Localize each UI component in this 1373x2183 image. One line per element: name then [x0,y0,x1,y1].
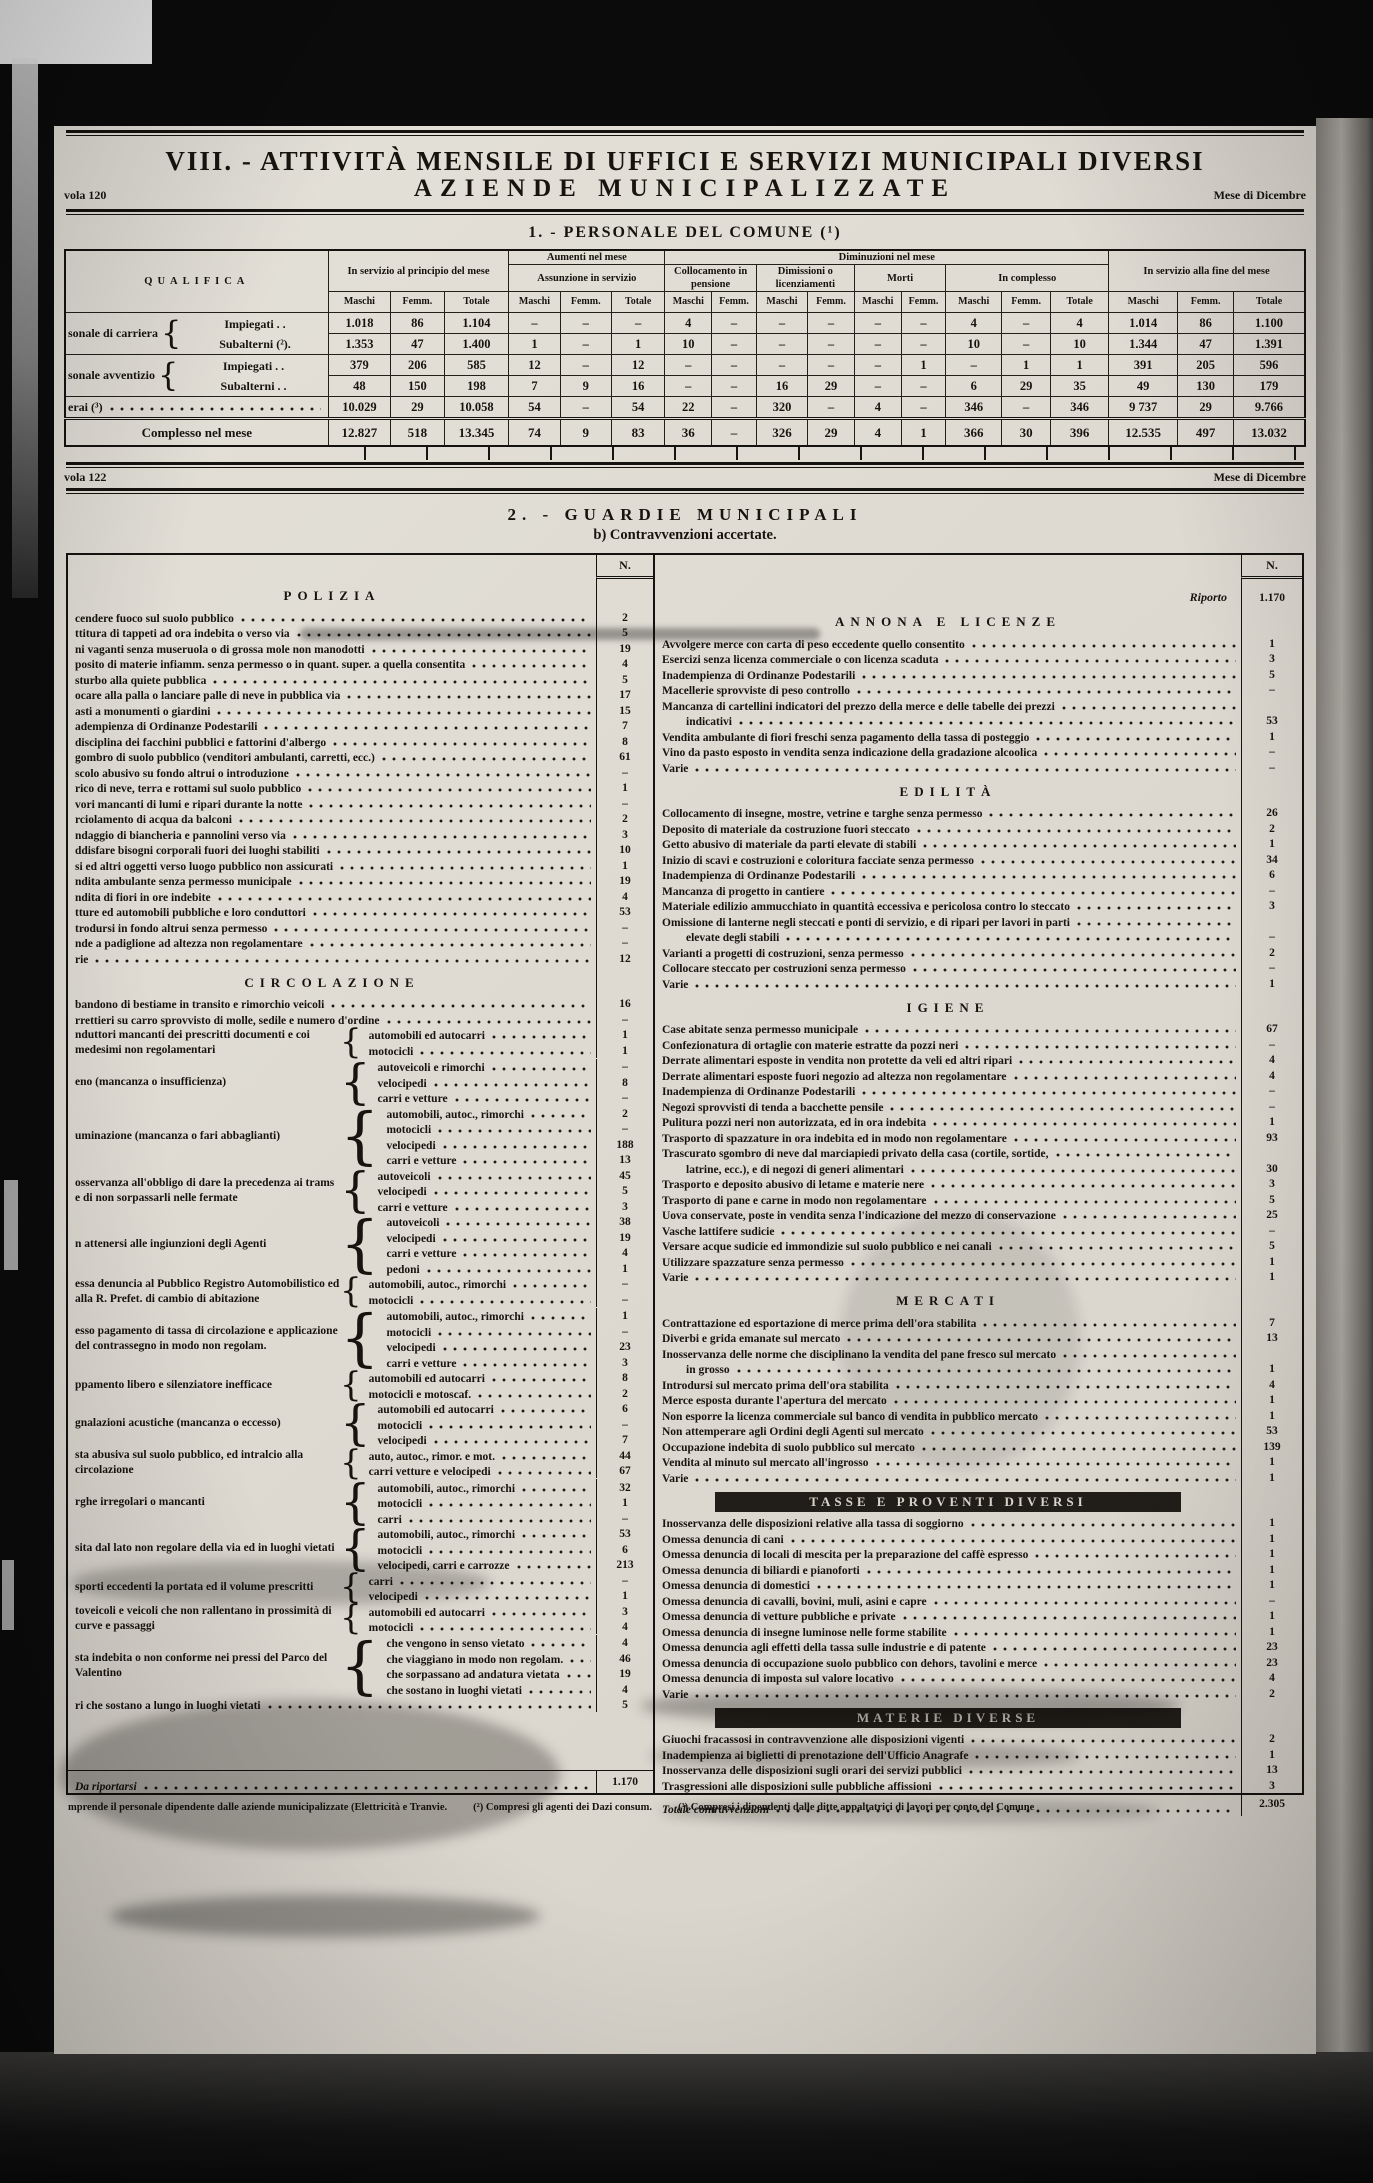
row-text: Collocare steccato per costruzioni senza… [655,963,1241,975]
row-text: Omissione di lanterne negli steccati e p… [655,917,1241,929]
row-text: trodursi in fondo altrui senza permesso [68,923,596,935]
contravvenzione-row: Trasporto di spazzature in ora indebita … [655,1129,1302,1145]
column-header: Totale [1233,292,1305,313]
row-text: Inosservanza delle norme che disciplinan… [655,1349,1241,1361]
dot-leader [890,1107,1236,1111]
row-count: 3 [1241,1777,1302,1793]
row-count: 23 [596,1339,653,1355]
contravvenzione-row: Utilizzare spazzature senza permesso1 [655,1253,1302,1269]
carry-total-label: Da riportarsi [75,1781,137,1793]
contravvenzione-row: carri e vetture– [371,1090,653,1106]
brace-glyph: { [158,361,178,390]
row-text: motocicli [371,1498,596,1510]
row-count [1241,697,1302,713]
cell-value: 36 [665,419,712,447]
row-count: 53 [1241,713,1302,729]
section-header: MATERIE DIVERSE [715,1708,1181,1728]
cell-value: 1 [509,334,560,355]
row-text: bandono di bestiame in transito e rimorc… [68,999,596,1011]
row-text: Inosservanza delle disposizioni sugli or… [655,1765,1241,1777]
contravvenzione-row: Macellerie sprovviste di peso controllo– [655,682,1302,698]
contravvenzione-row: Giuochi fracassosi in contravvenzione al… [655,1731,1302,1747]
dot-leader [241,618,591,622]
row-count: 3 [596,1354,653,1370]
section-1-title: 1. - PERSONALE DEL COMUNE (¹) [64,224,1306,242]
row-text: Diverbi e grida emanate sul mercato [655,1333,1241,1345]
contravvenzione-group: n attenersi alle ingiunzioni degli Agent… [68,1214,653,1276]
contravvenzione-row: Case abitate senza permesso municipale67 [655,1021,1302,1037]
cell-value: – [854,355,901,376]
section-header-row: MERCATI [655,1284,1302,1314]
dot-leader [695,984,1236,988]
row-text: Inosservanza delle disposizioni relative… [655,1518,1241,1530]
cell-value: 596 [1233,355,1305,376]
dot-leader [501,1409,591,1413]
contravvenzione-row: motocicli– [371,1416,653,1432]
scan-left-light-leak [12,58,38,598]
row-label: che sostano in luoghi vietati [386,1685,521,1697]
dot-leader [239,819,591,823]
dot-leader [429,1503,591,1507]
dot-leader [999,1246,1236,1250]
column-header: Diminuzioni nel mese [665,250,1109,265]
column-header: Femm. [808,292,855,313]
contravvenzione-row: Inosservanza delle disposizioni relative… [655,1515,1302,1531]
dot-leader [478,1394,591,1398]
qualifica-cell: erai (³) [65,397,328,419]
row-text: motocicli [379,1327,596,1339]
column-header: In complesso [946,265,1109,292]
row-label: scolo abusivo su fondo altrui o introduz… [75,768,289,780]
dot-leader [327,850,591,854]
row-text: autoveicoli [379,1217,596,1229]
column-header: In servizio alla fine del mese [1109,250,1305,292]
row-text: Giuochi fracassosi in contravvenzione al… [655,1734,1241,1746]
row-count: 19 [596,1666,653,1682]
cell-value: 16 [611,376,665,397]
row-label: Confezionatura di ortaglie con materie e… [662,1040,958,1052]
dot-leader [443,1145,591,1149]
dot-leader [382,757,591,761]
table-column-ticks [304,447,1304,460]
row-count: – [1241,960,1302,976]
group-rows: carri–velocipedi1 [362,1572,653,1603]
cell-value: 54 [611,397,665,419]
contravvenzione-row: disciplina dei facchini pubblici e fatto… [68,733,653,749]
cell-value: 1.104 [444,313,509,334]
cell-value: 10 [665,334,712,355]
dot-leader [310,943,591,947]
row-text: motocicli [379,1124,596,1136]
row-text: latrine, ecc.), e di negozi di generi al… [655,1164,1241,1176]
contravvenzione-row: Vino da pasto esposto in vendita senza i… [655,744,1302,760]
row-count: 26 [1241,805,1302,821]
count-column-header: N. [596,555,653,579]
dot-leader [443,1238,591,1242]
row-text: Inadempienza ai biglietti di prenotazion… [655,1750,1241,1762]
contravvenzione-row: posito di materie infiamm. senza permess… [68,656,653,672]
dot-leader [903,1616,1236,1620]
row-label: gombro di suolo pubblico (venditori ambu… [75,752,375,764]
dot-leader [347,695,591,699]
row-text: vori mancanti di lumi e ripari durante l… [68,799,596,811]
row-label: carri [369,1576,393,1588]
contravvenzione-row: si ed altri oggetti verso luogo pubblico… [68,857,653,873]
cell-value: 47 [391,334,445,355]
cell-value: 326 [756,419,807,447]
dot-leader [443,1347,591,1351]
cell-value: – [1002,313,1051,334]
row-label: Mancanza di cartellini indicatori del pr… [662,701,1055,713]
brace-glyph: { [340,1028,362,1057]
contravvenzione-row: carri– [362,1572,653,1588]
row-label: motocicli [386,1327,431,1339]
riporto-row: Riporto1.170 [655,579,1302,605]
row-count: 1 [596,1588,653,1604]
row-label: velocipedi [386,1342,435,1354]
row-count: 2 [596,1385,653,1401]
spacer [1241,1485,1302,1515]
dot-leader [1044,752,1236,756]
row-text: Varie [655,763,1241,775]
row-count: 1 [1241,1608,1302,1624]
group-label: gnalazioni acustiche (mancanza o eccesso… [68,1415,340,1432]
month-label-2: Mese di Dicembre [1156,470,1306,485]
row-text: automobili, autoc., rimorchi [371,1483,596,1495]
row-label: velocipedi [378,1078,427,1090]
row-count: 38 [596,1214,653,1230]
subtitle-line: vola 120 AZIENDE MUNICIPALIZZATE Mese di… [64,175,1306,203]
section-header-row: MATERIE DIVERSE [655,1701,1302,1731]
contravvenzione-row: Versare acque sudicie ed immondizie sul … [655,1238,1302,1254]
row-count: 8 [596,1074,653,1090]
contravvenzione-row: Varie2 [655,1685,1302,1701]
annona-edilita-igiene-column: N.Riporto1.170ANNONA E LICENZEAvvolgere … [655,555,1302,1793]
row-label: che vengono in senso vietato [386,1638,524,1650]
row-text: motocicli [362,1295,596,1307]
contravvenzione-row: velocipedi23 [379,1339,653,1355]
row-label: Omissione di lanterne negli steccati e p… [662,917,1070,929]
group-label: rghe irregolari o mancanti [68,1494,340,1511]
dot-leader [831,891,1236,895]
dot-leader [429,1550,591,1554]
row-label: tture ed automobili pubbliche e loro con… [75,907,306,919]
row-label: Case abitate senza permesso municipale [662,1024,858,1036]
contravvenzione-row: Varie1 [655,1469,1302,1485]
row-text: automobili ed autocarri [362,1607,596,1619]
column-header: Maschi [509,292,560,313]
dot-leader [434,1083,591,1087]
cell-value: – [854,313,901,334]
row-label: ni vaganti senza museruola o di grossa m… [75,644,365,656]
contravvenzione-row: Omessa denuncia di domestici1 [655,1577,1302,1593]
contravvenzione-group: rghe irregolari o mancanti{automobili, a… [68,1479,653,1526]
row-label: velocipedi, carri e carrozze [378,1560,510,1572]
row-count: 1 [1241,1269,1302,1285]
brace-glyph: { [161,319,181,348]
row-count: 1 [1241,1746,1302,1762]
contravvenzione-row: Contrattazione ed esportazione di merce … [655,1314,1302,1330]
contravvenzione-row: Merce esposta durante l'apertura del mer… [655,1392,1302,1408]
dot-leader [420,1051,591,1055]
cell-value: 497 [1178,419,1234,447]
contravvenzione-row: motocicli6 [371,1541,653,1557]
row-count: – [596,1276,653,1292]
contravvenzione-row: Inadempienza di Ordinanze Podestarili– [655,1083,1302,1099]
dot-leader [463,1253,591,1257]
row-label: ddisfare bisogni corporali fuori dei luo… [75,845,320,857]
cell-value: 396 [1051,419,1109,447]
row-label: rciolamento di acqua da balconi [75,814,232,826]
qualifica-group: sonale avventizio{Impiegati . .Subaltern… [68,356,326,396]
row-text: rciolamento di acqua da balconi [68,814,596,826]
group-rows: automobili ed autocarri6motocicli–veloci… [371,1401,653,1448]
cell-value: 29 [1178,397,1234,419]
dot-leader [911,953,1236,957]
brace-glyph: { [340,1528,371,1569]
group-rows: automobili, autoc., rimorchi53motocicli6… [371,1526,653,1573]
cell-value: – [901,313,946,334]
contravvenzione-row: latrine, ecc.), e di negozi di generi al… [655,1160,1302,1176]
row-label: Omessa denuncia di domestici [662,1580,810,1592]
row-count: 1 [1241,1114,1302,1130]
personale-thead: QUALIFICAIn servizio al principio del me… [65,250,1305,313]
contravvenzione-row: Omessa denuncia di vetture pubbliche e p… [655,1608,1302,1624]
row-count: 1 [1241,728,1302,744]
row-label: velocipedi [369,1591,418,1603]
cell-value: – [901,376,946,397]
cell-value: 366 [946,419,1002,447]
cell-value: 13.032 [1233,419,1305,447]
contravvenzione-row: velocipedi8 [371,1074,653,1090]
row-label: pedoni [386,1264,419,1276]
dot-leader [911,1169,1236,1173]
dot-leader [781,1231,1236,1235]
row-count: 3 [596,1198,653,1214]
cell-value: – [560,397,611,419]
section-header: ANNONA E LICENZE [655,608,1241,632]
cell-value: – [509,313,560,334]
row-label: Non esporre la licenza commerciale sul b… [662,1411,1038,1423]
row-label: Inadempienza di Ordinanze Podestarili [662,670,855,682]
row-count: 1 [1241,1561,1302,1577]
contravvenzione-row: ndita ambulante senza permesso municipal… [68,873,653,889]
contravvenzione-row: Omessa denuncia di biliardi e pianoforti… [655,1561,1302,1577]
dot-leader [420,1627,591,1631]
dot-leader [695,1478,1236,1482]
contravvenzione-row: Introdursi sul mercato prima dell'ora st… [655,1376,1302,1392]
cell-value: – [808,334,855,355]
dot-leader [218,897,591,901]
row-text: disciplina dei facchini pubblici e fatto… [68,737,596,749]
cell-value: 12.535 [1109,419,1178,447]
row-text: Varie [655,979,1241,991]
row-count: 13 [1241,1762,1302,1778]
row-count: 13 [596,1152,653,1168]
row-count: – [596,1121,653,1137]
cell-value: 198 [444,376,509,397]
qualifica-label: erai (³) [68,400,326,415]
row-count: 3 [596,1603,653,1619]
row-text: scolo abusivo su fondo altrui o introduz… [68,768,596,780]
row-count: 25 [1241,1207,1302,1223]
cell-value: 13.345 [444,419,509,447]
contravvenzione-row: Varie1 [655,1269,1302,1285]
contravvenzione-row: che sorpassano ad andatura vietata19 [379,1666,653,1682]
row-text: motocicli e motoscaf. [362,1389,596,1401]
cell-value: 4 [665,313,712,334]
dot-leader [931,1431,1236,1435]
row-label: Giuochi fracassosi in contravvenzione al… [662,1734,964,1746]
row-text: Omessa denuncia di domestici [655,1580,1241,1592]
scan-left-mark-2 [2,1560,14,1630]
tavola-number-1: vola 120 [64,188,214,203]
cell-value: – [712,419,757,447]
cell-value: 35 [1051,376,1109,397]
cell-value: – [1002,397,1051,419]
row-count: 53 [596,904,653,920]
contravvenzione-group: esso pagamento di tassa di circolazione … [68,1308,653,1370]
section-header-row: POLIZIA [68,579,653,609]
row-count [1241,1345,1302,1361]
row-text: che vengono in senso vietato [379,1638,596,1650]
row-label: Negozi sprovvisti di tenda a bacchette p… [662,1102,883,1114]
row-label: Omessa denuncia agli effetti della tassa… [662,1642,986,1654]
cell-value: 150 [391,376,445,397]
column-header: Femm. [1002,292,1051,313]
personale-table: QUALIFICAIn servizio al principio del me… [64,249,1306,447]
row-text: Inadempienza di Ordinanze Podestarili [655,670,1241,682]
row-text: elevate degli stabili [655,932,1241,944]
row-label: motocicli [378,1545,423,1557]
contravvenzione-row: Derrate alimentari esposte in vendita no… [655,1052,1302,1068]
row-text: Omessa denuncia di cani [655,1534,1241,1546]
cell-value: 518 [391,419,445,447]
dot-leader [492,1612,591,1616]
group-rows: automobili ed autocarri3motocicli4 [362,1603,653,1635]
personale-header-row: QUALIFICAIn servizio al principio del me… [65,250,1305,265]
cell-value: 1.353 [328,334,390,355]
row-label: disciplina dei facchini pubblici e fatto… [75,737,326,749]
row-count: 5 [1241,1238,1302,1254]
row-text: Trasporto e deposito abusivo di letame e… [655,1179,1241,1191]
row-count: 23 [1241,1639,1302,1655]
row-count: 13 [1241,1330,1302,1346]
cell-value: 1 [1002,355,1051,376]
row-label: Avvolgere merce con carta di peso eccede… [662,639,965,651]
row-text: carri vetture e velocipedi [362,1466,596,1478]
row-text: Vendita al minuto sul mercato all'ingros… [655,1457,1241,1469]
row-text: velocipedi [371,1078,596,1090]
row-text: Omessa denuncia di cavalli, bovini, muli… [655,1596,1241,1608]
contravvenzione-row: ddisfare bisogni corporali fuori dei luo… [68,842,653,858]
dot-leader [438,1129,591,1133]
table-row: sonale avventizio{Impiegati . .Subaltern… [65,355,1305,376]
column-header: Maschi [854,292,901,313]
count-column-header-row: N. [655,555,1302,579]
total-row-label: Complesso nel mese [65,419,328,447]
contravvenzione-row: pedoni1 [379,1260,653,1276]
row-label: si ed altri oggetti verso luogo pubblico… [75,861,333,873]
contravvenzione-row: autoveicoli38 [379,1214,653,1230]
row-count: 23 [1241,1654,1302,1670]
dot-leader [847,1338,1236,1342]
cell-value: 83 [611,419,665,447]
cell-value: 206 [391,355,445,376]
row-count: 1 [1241,1407,1302,1423]
row-text: ttitura di tappeti ad ora indebita o ver… [68,628,596,640]
contravvenzione-row: Trasporto di pane e carne in modo non re… [655,1191,1302,1207]
contravvenzione-row: motocicli– [379,1323,653,1339]
row-count: 1 [1241,836,1302,852]
contravvenzione-row: Inosservanza delle norme che disciplinan… [655,1345,1302,1361]
contravvenzione-row: carri e vetture4 [379,1245,653,1261]
row-text: gombro di suolo pubblico (venditori ambu… [68,752,596,764]
dot-leader [531,1643,591,1647]
group-rows: automobili, autoc., rimorchi32motocicli1… [371,1479,653,1526]
polizia-circolazione-column: N.POLIZIAcendere fuoco sul suolo pubblic… [68,555,655,1793]
row-label: Uova conservate, poste in vendita senza … [662,1210,1056,1222]
row-text: velocipedi [379,1233,596,1245]
contravvenzione-row: Varie– [655,759,1302,775]
contravvenzione-row: automobili, autoc., rimorchi32 [371,1479,653,1495]
row-count: 1 [596,1260,653,1276]
cell-value: – [712,313,757,334]
dot-leader [293,835,591,839]
riporto-value: 1.170 [1241,579,1302,605]
dot-leader [901,1678,1236,1682]
tavola-number-2: vola 122 [64,470,214,485]
cell-value: 47 [1178,334,1234,355]
row-label: carri e vetture [386,1248,456,1260]
dot-leader [739,721,1236,725]
contravvenzione-row: Mancanza di progetto in cantiere– [655,882,1302,898]
dot-leader [463,1160,591,1164]
contravvenzione-row: automobili ed autocarri8 [362,1370,653,1386]
row-text: carri e vetture [379,1155,596,1167]
count-column-header-row: N. [68,555,653,579]
contravvenzione-row: velocipedi5 [371,1183,653,1199]
dot-leader [954,1632,1236,1636]
row-label: Omessa denuncia di cavalli, bovini, muli… [662,1596,927,1608]
row-count: 1 [1241,1623,1302,1639]
row-text: Pulitura pozzi neri non autorizzata, ed … [655,1117,1241,1129]
contravvenzione-row: bandono di bestiame in transito e rimorc… [68,996,653,1012]
row-label: automobili, autoc., rimorchi [386,1311,523,1323]
top-rule [66,130,1304,136]
row-count: 61 [596,749,653,765]
column-header: Aumenti nel mese [509,250,665,265]
row-text: automobili, autoc., rimorchi [379,1109,596,1121]
row-label: automobili ed autocarri [378,1404,494,1416]
row-count: 5 [596,1697,653,1713]
group-label: uminazione (mancanza o fari abbaglianti) [68,1128,340,1145]
row-label: ocare alla palla o lanciare palle di nev… [75,690,340,702]
cell-value: 9 [560,376,611,397]
carry-total-row: Da riportarsi1.170 [68,1770,653,1793]
row-label: Trasporto di pane e carne in modo non re… [662,1195,927,1207]
cell-value: 29 [808,376,855,397]
row-label: Omessa denuncia di locali di mescita per… [662,1549,1028,1561]
dot-leader [737,1369,1236,1373]
row-count: 1 [1241,1253,1302,1269]
contravvenzione-row: Getto abusivo di materiale da parti elev… [655,836,1302,852]
row-count: – [596,1090,653,1106]
dot-leader [455,1098,591,1102]
brace-glyph: { [340,1110,379,1163]
contravvenzione-row: auto, autoc., rimor. e mot.44 [362,1447,653,1463]
contravvenzione-row: Vendita al minuto sul mercato all'ingros… [655,1454,1302,1470]
